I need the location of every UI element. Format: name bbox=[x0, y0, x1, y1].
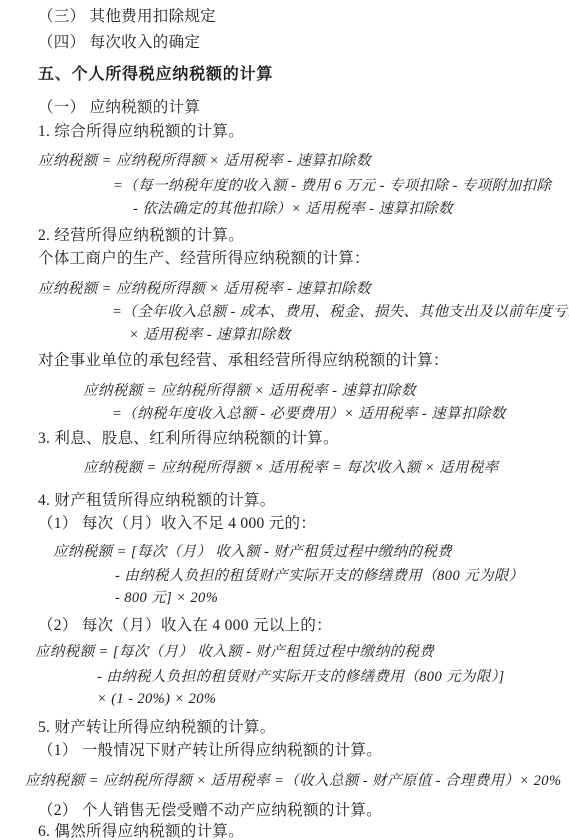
formula-business-income-line1: 应纳税额 = 应纳税所得额 × 适用税率 - 速算扣除数 bbox=[38, 280, 371, 298]
subitem-income-per-occurrence: （四） 每次收入的确定 bbox=[38, 34, 200, 52]
formula-business-income-line2: =（全年收入总额 - 成本、费用、税金、损失、其他支出及以前年度亏损） bbox=[112, 303, 569, 321]
subitem-4-1-under-4000: （1） 每次（月）收入不足 4 000 元的： bbox=[38, 515, 316, 533]
textbook-page: （三） 其他费用扣除规定 （四） 每次收入的确定 五、个人所得税应纳税额的计算 … bbox=[0, 0, 569, 840]
section-title-tax-payable-calculation: 五、个人所得税应纳税额的计算 bbox=[38, 66, 273, 84]
subsection-tax-payable-calculation: （一） 应纳税额的计算 bbox=[38, 99, 200, 117]
item-2-business-income: 2. 经营所得应纳税额的计算。 bbox=[38, 227, 244, 245]
formula-lease-over-4000-line3: × (1 - 20%) × 20% bbox=[97, 690, 216, 708]
item-3-interest-dividend: 3. 利息、股息、红利所得应纳税额的计算。 bbox=[38, 430, 339, 448]
subitem-5-1-general: （1） 一般情况下财产转让所得应纳税额的计算。 bbox=[38, 742, 382, 760]
formula-property-transfer: 应纳税额 = 应纳税所得额 × 适用税率 =（收入总额 - 财产原值 - 合理费… bbox=[25, 772, 561, 790]
formula-lease-over-4000-line2: - 由纳税人负担的租赁财产实际开支的修缮费用（800 元为限）] bbox=[97, 668, 505, 686]
formula-contract-lease-line1: 应纳税额 = 应纳税所得额 × 适用税率 - 速算扣除数 bbox=[83, 382, 416, 400]
subitem-4-2-over-4000: （2） 每次（月）收入在 4 000 元以上的： bbox=[38, 617, 332, 635]
item-6-incidental-income: 6. 偶然所得应纳税额的计算。 bbox=[38, 823, 244, 840]
formula-business-income-line3: × 适用税率 - 速算扣除数 bbox=[129, 326, 291, 344]
formula-lease-under-4000-line3: - 800 元] × 20% bbox=[115, 589, 218, 607]
formula-contract-lease-line2: =（纳税年度收入总额 - 必要费用）× 适用税率 - 速算扣除数 bbox=[112, 405, 506, 423]
subitem-other-expense-deduction: （三） 其他费用扣除规定 bbox=[38, 8, 216, 26]
subitem-5-2-donated-realestate: （2） 个人销售无偿受赠不动产应纳税额的计算。 bbox=[38, 802, 382, 820]
formula-lease-under-4000-line2: - 由纳税人负担的租赁财产实际开支的修缮费用（800 元为限） bbox=[115, 567, 524, 585]
para-individual-business: 个体工商户的生产、经营所得应纳税额的计算： bbox=[38, 250, 370, 268]
item-4-property-lease: 4. 财产租赁所得应纳税额的计算。 bbox=[38, 492, 276, 510]
formula-comprehensive-income-line1: 应纳税额 = 应纳税所得额 × 适用税率 - 速算扣除数 bbox=[38, 152, 371, 170]
para-contract-lease-operation: 对企事业单位的承包经营、承租经营所得应纳税额的计算： bbox=[38, 352, 449, 370]
formula-comprehensive-income-line2: =（每一纳税年度的收入额 - 费用 6 万元 - 专项扣除 - 专项附加扣除 bbox=[113, 177, 551, 195]
formula-lease-under-4000-line1: 应纳税额 = [每次（月） 收入额 - 财产租赁过程中缴纳的税费 bbox=[53, 543, 452, 561]
item-1-comprehensive-income: 1. 综合所得应纳税额的计算。 bbox=[38, 123, 244, 141]
formula-comprehensive-income-line3: - 依法确定的其他扣除）× 适用税率 - 速算扣除数 bbox=[133, 200, 453, 218]
formula-interest-dividend: 应纳税额 = 应纳税所得额 × 适用税率 = 每次收入额 × 适用税率 bbox=[83, 459, 499, 477]
item-5-property-transfer: 5. 财产转让所得应纳税额的计算。 bbox=[38, 719, 276, 737]
formula-lease-over-4000-line1: 应纳税额 = [每次（月） 收入额 - 财产租赁过程中缴纳的税费 bbox=[35, 643, 434, 661]
